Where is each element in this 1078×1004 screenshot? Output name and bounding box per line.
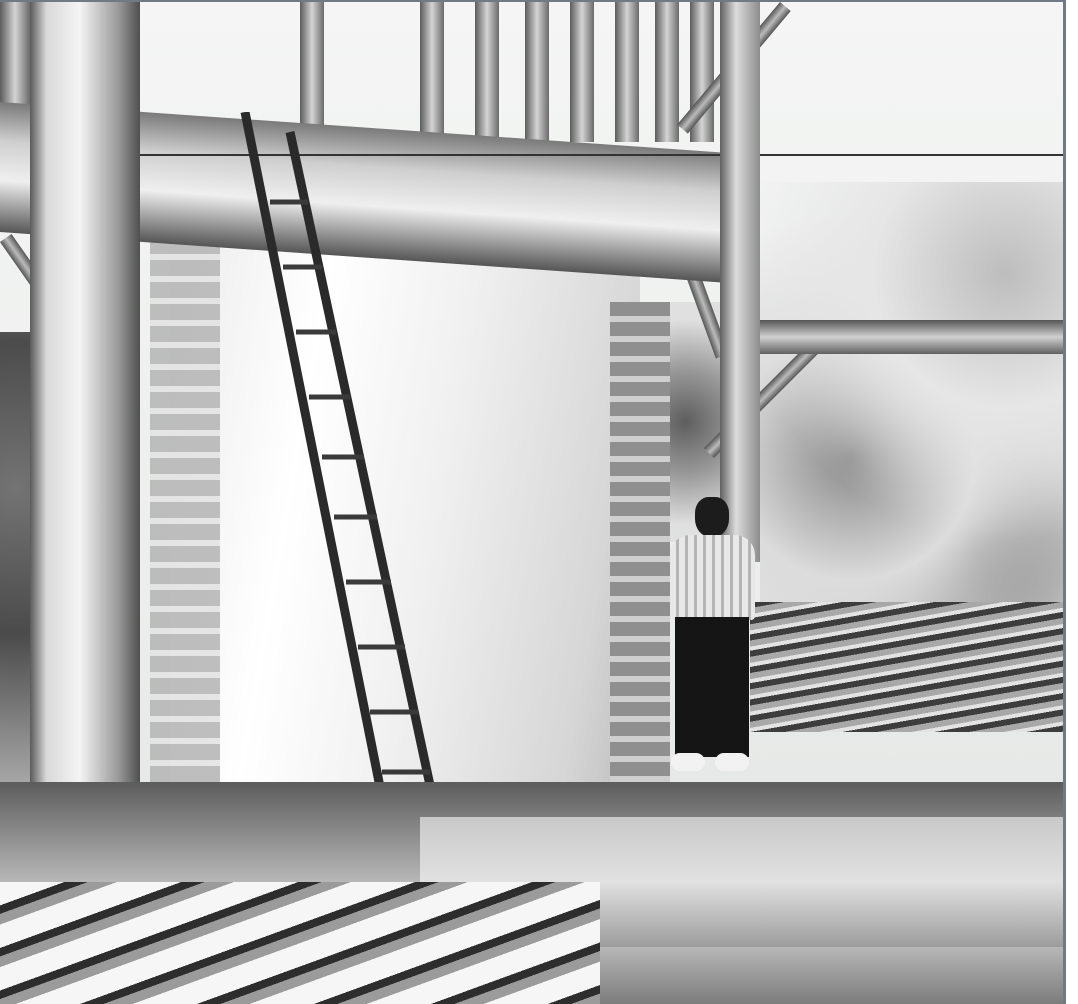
rafter [570, 2, 594, 142]
photograph [0, 0, 1066, 1004]
white-shoe [715, 753, 749, 771]
rafter [615, 2, 639, 142]
corner-post [30, 2, 140, 882]
rafter [525, 2, 549, 142]
floor-joists [0, 882, 600, 1004]
girt-beam [750, 320, 1066, 354]
man-head-with-cap [695, 497, 729, 537]
rafter [475, 2, 499, 142]
ladder [240, 112, 460, 852]
checked-shirt [670, 535, 755, 620]
brick-edge-left [150, 172, 220, 852]
man-standing [665, 497, 760, 777]
rafter [655, 2, 679, 142]
dark-trousers [675, 617, 749, 757]
debris-pile [750, 602, 1066, 732]
white-shoe [671, 753, 705, 771]
brick-edge-right [610, 302, 670, 782]
center-post [720, 2, 760, 562]
trees-right [760, 182, 1066, 642]
